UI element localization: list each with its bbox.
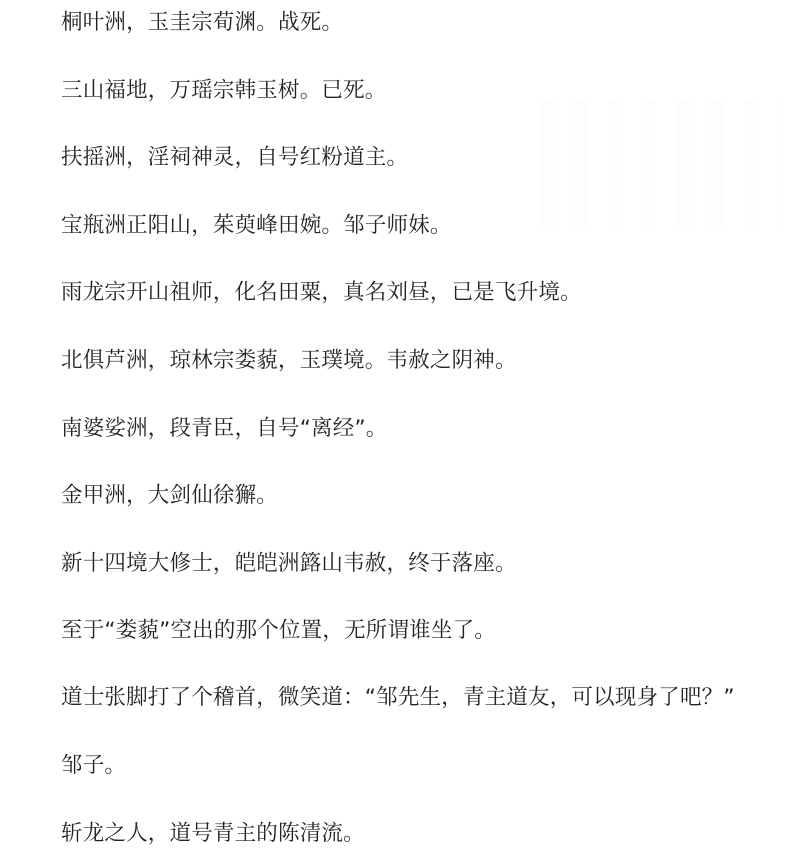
- paragraph: 宝瓶洲正阳山，茱萸峰田婉。邹子师妹。: [61, 211, 452, 241]
- paragraph: 新十四境大修士，皑皑洲簬山韦赦，终于落座。: [61, 549, 517, 579]
- faint-watermark: [540, 100, 780, 230]
- paragraph: 至于“娄藐”空出的那个位置，无所谓谁坐了。: [61, 616, 496, 646]
- paragraph: 道士张脚打了个稽首，微笑道：“邹先生，青主道友，可以现身了吧？”: [61, 683, 735, 713]
- paragraph: 南婆娑洲，段青臣，自号“离经”。: [61, 414, 387, 444]
- paragraph: 扶摇洲，淫祠神灵，自号红粉道主。: [61, 143, 408, 173]
- paragraph: 金甲洲，大剑仙徐獬。: [61, 481, 278, 511]
- paragraph: 雨龙宗开山祖师，化名田粟，真名刘昼，已是飞升境。: [61, 278, 582, 308]
- paragraph: 斩龙之人，道号青主的陈清流。: [61, 819, 365, 849]
- paragraph: 桐叶洲，玉圭宗荀渊。战死。: [61, 8, 343, 38]
- paragraph: 三山福地，万瑶宗韩玉树。已死。: [61, 76, 387, 106]
- paragraph: 邹子。: [61, 751, 126, 781]
- paragraph: 北俱芦洲，琼林宗娄藐，玉璞境。韦赦之阴神。: [61, 346, 517, 376]
